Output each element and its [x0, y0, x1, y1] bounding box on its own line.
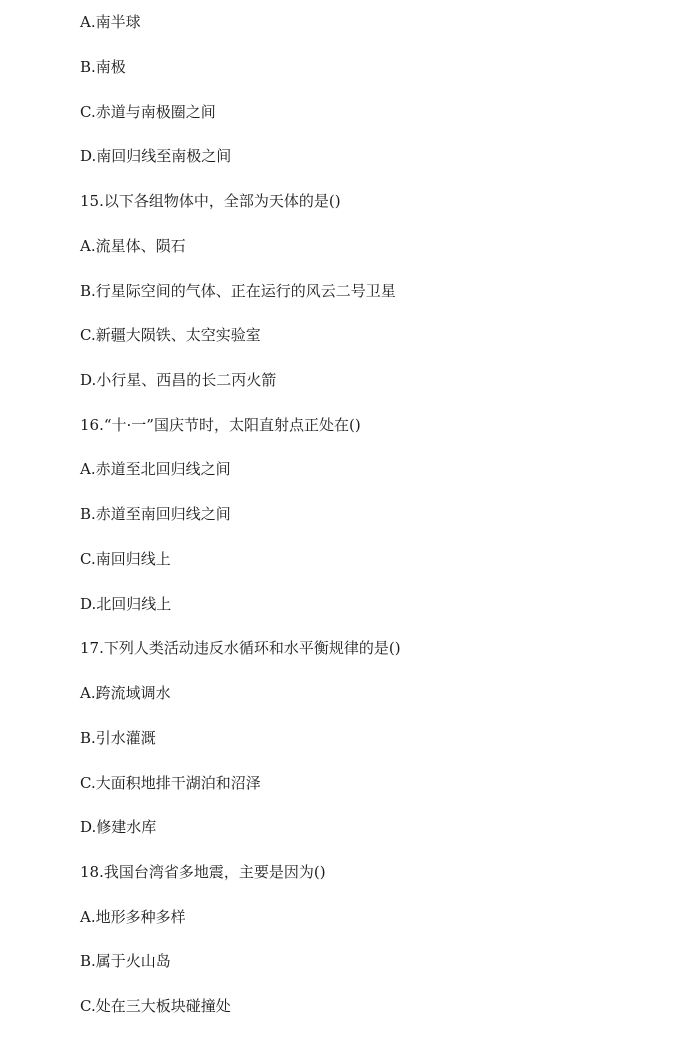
option-b-q17: B.引水灌溉: [80, 728, 156, 748]
option-c-q17: C.大面积地排干湖泊和沼泽: [80, 773, 261, 793]
option-a-q17: A.跨流域调水: [80, 683, 171, 703]
option-b-q18: B.属于火山岛: [80, 951, 171, 971]
option-d-q17: D.修建水库: [80, 817, 156, 837]
question-17: 17.下列人类活动违反水循环和水平衡规律的是(): [80, 638, 401, 658]
option-c-q15: C.新疆大陨铁、太空实验室: [80, 325, 261, 345]
option-a-q16: A.赤道至北回归线之间: [80, 459, 231, 479]
option-a-q14: A.南半球: [80, 12, 141, 32]
option-c-q14: C.赤道与南极圈之间: [80, 102, 216, 122]
option-b-q15: B.行星际空间的气体、正在运行的风云二号卫星: [80, 281, 396, 301]
question-16: 16.“十·一”国庆节时，太阳直射点正处在(): [80, 415, 361, 435]
question-18: 18.我国台湾省多地震，主要是因为(): [80, 862, 326, 882]
option-d-q14: D.南回归线至南极之间: [80, 146, 231, 166]
option-d-q15: D.小行星、西昌的长二丙火箭: [80, 370, 276, 390]
option-c-q18: C.处在三大板块碰撞处: [80, 996, 231, 1016]
option-b-q14: B.南极: [80, 57, 126, 77]
option-b-q16: B.赤道至南回归线之间: [80, 504, 231, 524]
option-a-q15: A.流星体、陨石: [80, 236, 186, 256]
option-d-q16: D.北回归线上: [80, 594, 171, 614]
option-c-q16: C.南回归线上: [80, 549, 171, 569]
option-a-q18: A.地形多种多样: [80, 907, 186, 927]
question-15: 15.以下各组物体中，全部为天体的是(): [80, 191, 341, 211]
